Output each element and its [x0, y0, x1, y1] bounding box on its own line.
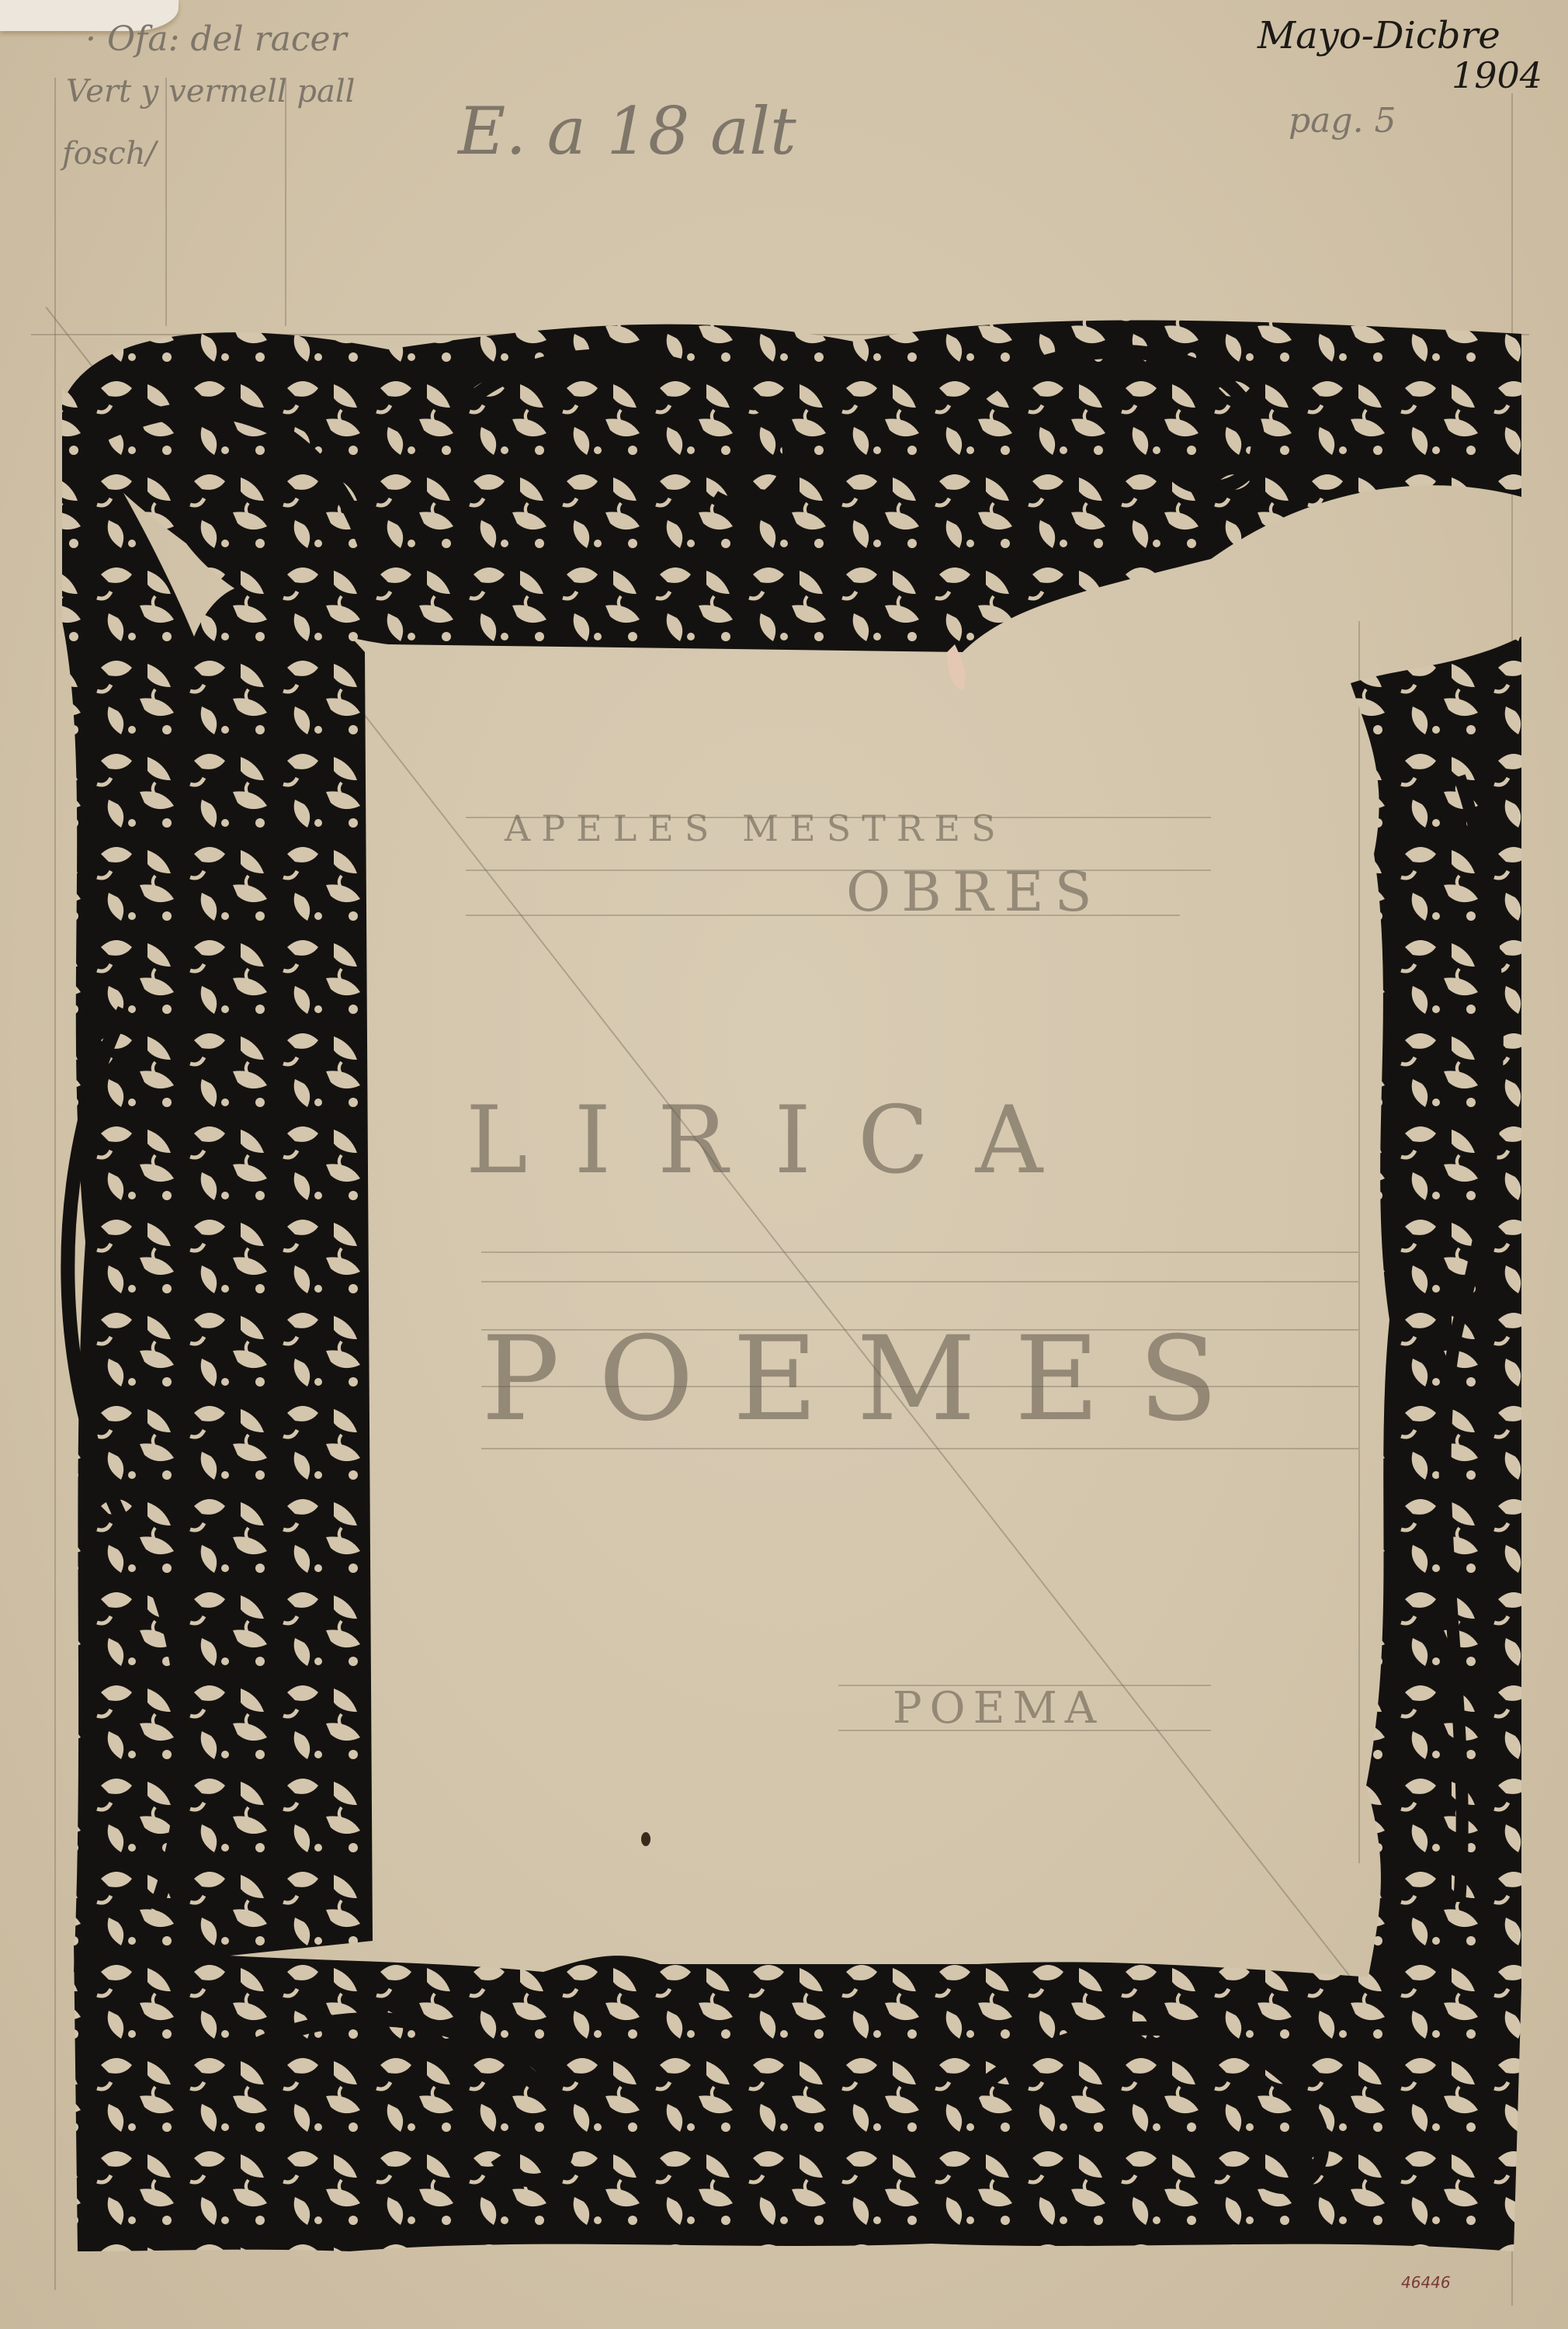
title-sketch-line1: APELES MESTRES	[505, 807, 1007, 849]
title-sketch-line4: POEMES	[481, 1312, 1257, 1447]
ink-spot	[641, 1832, 650, 1846]
catalog-number: 46446	[1401, 2273, 1451, 2292]
artwork-sheet: · Ofa: del racer Vert y vermell pall fos…	[0, 0, 1568, 2329]
title-sketch-line3: LIRICA	[466, 1087, 1089, 1195]
title-sketch-line5: POEMA	[893, 1683, 1104, 1734]
title-sketch-line2: OBRES	[846, 860, 1103, 924]
